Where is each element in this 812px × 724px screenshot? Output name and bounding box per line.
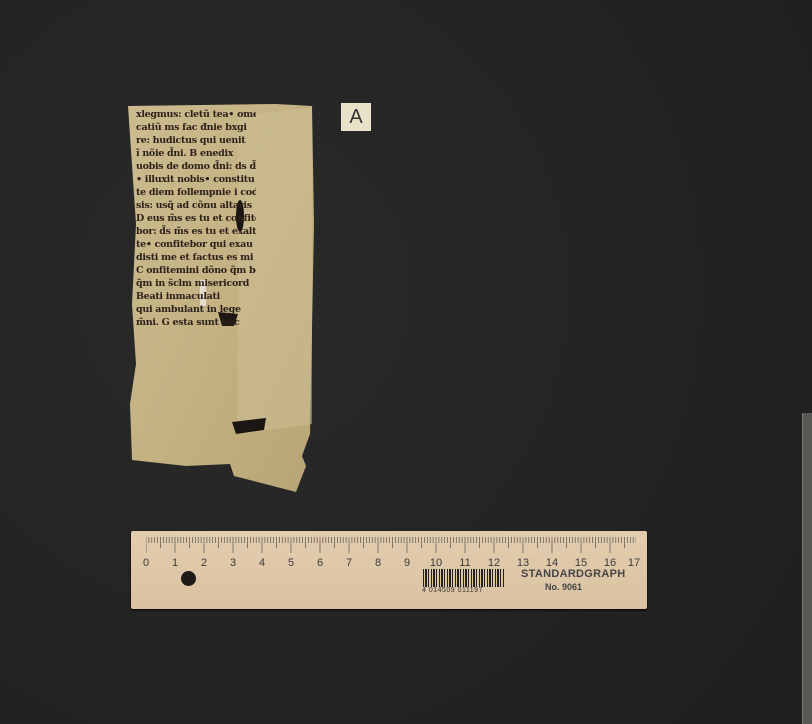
- text-line: sis: usq̃ ad cõnu altaris: [136, 199, 256, 212]
- tick-label: 2: [201, 557, 207, 569]
- barcode-number: 4 014509 011197: [422, 587, 483, 594]
- tick-label: 17: [628, 557, 640, 569]
- tick-label: 11: [459, 557, 470, 569]
- text-line: xlegmus: cletũ tea• ome: [136, 108, 256, 121]
- dark-felt-background: [0, 0, 812, 724]
- text-line: disti me et factus es mi: [136, 251, 256, 264]
- text-line: qui ambulant in lege: [136, 303, 256, 316]
- tick-label: 4: [259, 557, 265, 569]
- text-line: Beati inmaculati: [136, 290, 256, 303]
- tick-label: 8: [375, 557, 381, 569]
- text-line: ĩ nõie d̃ni. B enedix: [136, 147, 256, 160]
- tick-label: 3: [230, 557, 236, 569]
- text-line: • illuxit nobis• constitu: [136, 173, 256, 186]
- tick-label: 5: [288, 557, 294, 569]
- ruler-hole: [181, 571, 196, 586]
- mount-edge: [802, 413, 812, 724]
- text-line: bor: d̃s m̃s es tu et exalt: [136, 225, 256, 238]
- tick-label: 7: [346, 557, 352, 569]
- text-line: C onfitemini dõno q̃m bo: [136, 264, 256, 277]
- text-line: D eus m̃s es tu et confite: [136, 212, 256, 225]
- text-line: q̃m in s̃clm misericord: [136, 277, 256, 290]
- barcode: [423, 569, 505, 587]
- manuscript-text: xlegmus: cletũ tea• ome catiũ ms fac đni…: [136, 108, 256, 358]
- text-line: te• confitebor qui exau: [136, 238, 256, 251]
- tick-label: 6: [317, 557, 323, 569]
- tick-label: 0: [143, 557, 149, 569]
- ruler-model: No. 9061: [545, 582, 582, 592]
- scale-ruler: 0 1 2 3 4 5 6 7 8 9 10 11 12 13 14 15 16…: [131, 531, 647, 609]
- text-line: catiũ ms fac đnie bxgi: [136, 121, 256, 134]
- tick-label: 1: [172, 557, 178, 569]
- tick-label: 10: [430, 557, 442, 569]
- text-line: te diem follempnie i cod: [136, 186, 256, 199]
- ruler-ticks: [146, 537, 636, 559]
- specimen-label: A: [341, 103, 371, 131]
- manuscript-fragment: xlegmus: cletũ tea• ome catiũ ms fac đni…: [126, 104, 316, 492]
- text-line: uobis de domo d̃ni: ds d̃ns: [136, 160, 256, 173]
- tick-label: 9: [404, 557, 410, 569]
- ruler-brand: STANDARDGRAPH: [521, 568, 626, 580]
- text-line: re: hudictus qui uenit: [136, 134, 256, 147]
- text-line: m̃ni. G esta sunt hec: [136, 316, 256, 329]
- tick-label: 12: [488, 557, 500, 569]
